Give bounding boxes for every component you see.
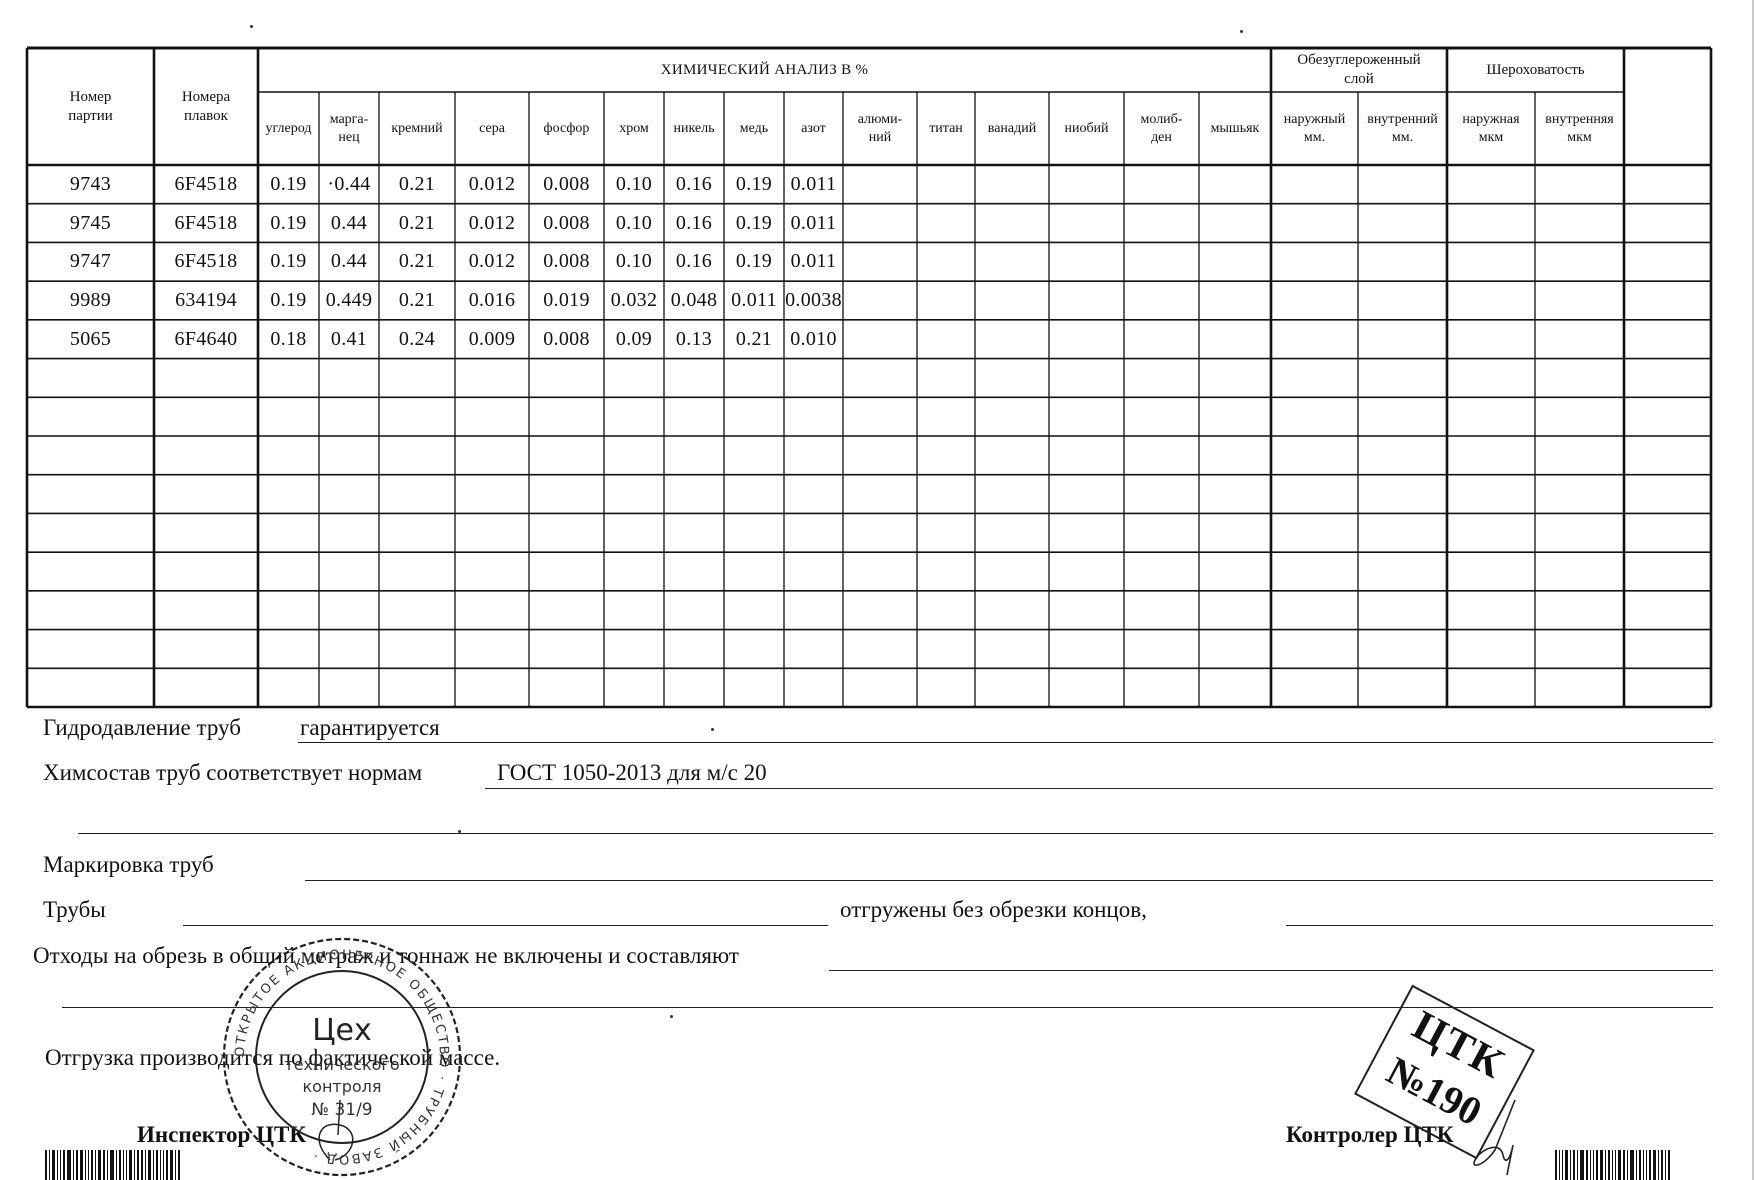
table-cell[interactable]	[1535, 165, 1624, 204]
table-cell[interactable]	[27, 359, 154, 398]
table-cell[interactable]	[529, 475, 604, 514]
table-cell[interactable]	[1447, 475, 1535, 514]
table-cell[interactable]	[604, 668, 664, 707]
table-cell[interactable]	[843, 668, 917, 707]
table-cell[interactable]	[664, 668, 724, 707]
table-cell[interactable]	[1358, 552, 1447, 591]
table-cell[interactable]	[379, 630, 455, 669]
table-cell[interactable]	[1358, 359, 1447, 398]
hydro-pressure-value[interactable]: гарантируется	[300, 715, 440, 741]
table-cell[interactable]	[1199, 668, 1271, 707]
table-cell[interactable]	[784, 359, 843, 398]
table-cell[interactable]	[154, 475, 258, 514]
table-cell[interactable]	[1624, 591, 1711, 630]
table-cell[interactable]: 0.0038	[784, 281, 843, 320]
table-cell[interactable]: 0.008	[529, 165, 604, 204]
table-cell[interactable]: 6F4518	[154, 204, 258, 243]
table-cell[interactable]	[319, 668, 379, 707]
table-cell[interactable]	[455, 668, 529, 707]
table-cell[interactable]	[258, 436, 319, 475]
table-cell[interactable]	[1271, 591, 1358, 630]
table-cell[interactable]	[604, 475, 664, 514]
table-cell[interactable]	[455, 475, 529, 514]
table-cell[interactable]: 0.16	[664, 204, 724, 243]
table-cell[interactable]: 9745	[27, 204, 154, 243]
table-cell[interactable]	[604, 513, 664, 552]
table-cell[interactable]	[319, 475, 379, 514]
table-cell[interactable]	[724, 397, 784, 436]
table-cell[interactable]	[154, 397, 258, 436]
table-cell[interactable]	[154, 513, 258, 552]
table-cell[interactable]: 0.011	[784, 242, 843, 281]
table-cell[interactable]: 0.41	[319, 320, 379, 359]
table-cell[interactable]	[319, 436, 379, 475]
table-cell[interactable]	[1049, 630, 1124, 669]
table-cell[interactable]	[604, 552, 664, 591]
table-cell[interactable]	[843, 513, 917, 552]
table-cell[interactable]	[917, 165, 975, 204]
table-cell[interactable]: 0.008	[529, 242, 604, 281]
table-cell[interactable]: 0.21	[379, 281, 455, 320]
table-cell[interactable]: 0.21	[724, 320, 784, 359]
table-cell[interactable]	[1535, 397, 1624, 436]
table-cell[interactable]	[724, 436, 784, 475]
table-cell[interactable]	[664, 630, 724, 669]
table-cell[interactable]	[1049, 320, 1124, 359]
table-cell[interactable]	[604, 591, 664, 630]
table-cell[interactable]	[784, 475, 843, 514]
table-cell[interactable]	[1624, 281, 1711, 320]
table-cell[interactable]	[1535, 359, 1624, 398]
table-cell[interactable]	[1535, 436, 1624, 475]
table-cell[interactable]	[1049, 165, 1124, 204]
table-cell[interactable]	[1049, 281, 1124, 320]
table-cell[interactable]	[1535, 475, 1624, 514]
table-cell[interactable]	[27, 591, 154, 630]
table-cell[interactable]	[1624, 630, 1711, 669]
table-cell[interactable]: 9743	[27, 165, 154, 204]
table-cell[interactable]: 6F4518	[154, 242, 258, 281]
table-cell[interactable]: 0.019	[529, 281, 604, 320]
table-cell[interactable]	[917, 513, 975, 552]
table-cell[interactable]	[784, 630, 843, 669]
table-cell[interactable]	[379, 397, 455, 436]
table-cell[interactable]: 0.011	[784, 204, 843, 243]
table-cell[interactable]: 9989	[27, 281, 154, 320]
table-cell[interactable]	[319, 591, 379, 630]
table-cell[interactable]	[1199, 204, 1271, 243]
table-cell[interactable]: 0.10	[604, 204, 664, 243]
table-cell[interactable]	[975, 204, 1049, 243]
table-cell[interactable]: 0.44	[319, 242, 379, 281]
table-cell[interactable]	[1199, 475, 1271, 514]
table-cell[interactable]	[1447, 591, 1535, 630]
table-cell[interactable]	[1624, 204, 1711, 243]
table-cell[interactable]	[1535, 204, 1624, 243]
table-cell[interactable]: 5065	[27, 320, 154, 359]
table-cell[interactable]	[664, 475, 724, 514]
table-cell[interactable]	[1271, 668, 1358, 707]
table-cell[interactable]	[917, 591, 975, 630]
table-cell[interactable]	[1124, 281, 1199, 320]
table-cell[interactable]	[917, 475, 975, 514]
table-cell[interactable]	[379, 668, 455, 707]
table-cell[interactable]	[1358, 668, 1447, 707]
table-cell[interactable]: 0.21	[379, 242, 455, 281]
table-cell[interactable]	[1358, 165, 1447, 204]
table-cell[interactable]: 0.008	[529, 204, 604, 243]
table-cell[interactable]	[1199, 552, 1271, 591]
table-cell[interactable]	[1535, 281, 1624, 320]
table-cell[interactable]	[1624, 436, 1711, 475]
table-cell[interactable]	[1358, 242, 1447, 281]
table-cell[interactable]	[154, 630, 258, 669]
table-cell[interactable]: 0.011	[724, 281, 784, 320]
table-cell[interactable]	[724, 552, 784, 591]
table-cell[interactable]	[843, 591, 917, 630]
table-cell[interactable]	[724, 591, 784, 630]
table-cell[interactable]	[27, 630, 154, 669]
table-cell[interactable]	[455, 630, 529, 669]
table-cell[interactable]	[1271, 320, 1358, 359]
table-cell[interactable]	[154, 591, 258, 630]
pipes-underline[interactable]	[183, 925, 828, 926]
table-cell[interactable]	[258, 552, 319, 591]
table-cell[interactable]	[784, 436, 843, 475]
table-cell[interactable]	[529, 513, 604, 552]
table-cell[interactable]	[843, 281, 917, 320]
table-cell[interactable]	[1049, 242, 1124, 281]
table-cell[interactable]	[1624, 668, 1711, 707]
table-cell[interactable]	[1199, 359, 1271, 398]
waste-underline[interactable]	[829, 970, 1713, 971]
table-cell[interactable]	[843, 436, 917, 475]
table-cell[interactable]	[843, 242, 917, 281]
table-cell[interactable]	[1124, 591, 1199, 630]
table-cell[interactable]	[455, 436, 529, 475]
table-cell[interactable]: 0.44	[319, 204, 379, 243]
table-cell[interactable]	[1358, 475, 1447, 514]
table-cell[interactable]	[455, 552, 529, 591]
table-cell[interactable]	[843, 320, 917, 359]
table-cell[interactable]	[27, 513, 154, 552]
table-cell[interactable]	[1271, 630, 1358, 669]
table-cell[interactable]	[154, 436, 258, 475]
table-cell[interactable]	[319, 397, 379, 436]
table-cell[interactable]	[975, 552, 1049, 591]
table-cell[interactable]: 9747	[27, 242, 154, 281]
table-cell[interactable]: 0.24	[379, 320, 455, 359]
table-cell[interactable]: 0.012	[455, 204, 529, 243]
table-cell[interactable]	[1535, 320, 1624, 359]
table-cell[interactable]	[664, 436, 724, 475]
table-cell[interactable]	[258, 397, 319, 436]
table-cell[interactable]	[258, 668, 319, 707]
table-cell[interactable]	[1199, 630, 1271, 669]
table-cell[interactable]	[1049, 436, 1124, 475]
table-cell[interactable]	[975, 513, 1049, 552]
table-cell[interactable]	[154, 668, 258, 707]
table-cell[interactable]	[1358, 630, 1447, 669]
table-cell[interactable]	[1124, 668, 1199, 707]
table-cell[interactable]	[1447, 552, 1535, 591]
table-cell[interactable]	[1124, 475, 1199, 514]
table-cell[interactable]	[843, 630, 917, 669]
table-cell[interactable]	[917, 359, 975, 398]
table-cell[interactable]	[1624, 513, 1711, 552]
table-cell[interactable]	[1271, 165, 1358, 204]
table-cell[interactable]	[1124, 397, 1199, 436]
table-cell[interactable]	[1624, 475, 1711, 514]
table-cell[interactable]	[258, 630, 319, 669]
table-cell[interactable]	[1447, 242, 1535, 281]
table-cell[interactable]	[1124, 204, 1199, 243]
table-cell[interactable]	[319, 552, 379, 591]
table-cell[interactable]	[1447, 513, 1535, 552]
table-cell[interactable]	[1199, 591, 1271, 630]
table-cell[interactable]	[664, 359, 724, 398]
table-cell[interactable]	[1447, 320, 1535, 359]
table-cell[interactable]: 0.10	[604, 165, 664, 204]
table-cell[interactable]	[1447, 204, 1535, 243]
table-cell[interactable]	[1358, 204, 1447, 243]
table-cell[interactable]	[917, 668, 975, 707]
table-cell[interactable]	[1271, 359, 1358, 398]
table-cell[interactable]	[843, 204, 917, 243]
table-cell[interactable]: 0.16	[664, 242, 724, 281]
table-cell[interactable]	[1124, 320, 1199, 359]
table-cell[interactable]	[1535, 513, 1624, 552]
table-cell[interactable]	[1624, 242, 1711, 281]
table-cell[interactable]	[724, 630, 784, 669]
pipes-suffix-underline[interactable]	[1286, 925, 1713, 926]
table-cell[interactable]	[917, 242, 975, 281]
table-cell[interactable]: 0.19	[724, 204, 784, 243]
table-cell[interactable]	[1049, 475, 1124, 514]
table-cell[interactable]	[664, 591, 724, 630]
table-cell[interactable]	[27, 436, 154, 475]
table-cell[interactable]: 0.19	[258, 281, 319, 320]
table-cell[interactable]	[319, 630, 379, 669]
table-cell[interactable]	[975, 436, 1049, 475]
table-cell[interactable]	[1199, 281, 1271, 320]
table-cell[interactable]	[1124, 242, 1199, 281]
table-cell[interactable]	[1124, 165, 1199, 204]
table-cell[interactable]: 0.012	[455, 242, 529, 281]
table-cell[interactable]: ·0.44	[319, 165, 379, 204]
table-cell[interactable]: 0.048	[664, 281, 724, 320]
table-cell[interactable]: 0.009	[455, 320, 529, 359]
table-cell[interactable]	[1447, 397, 1535, 436]
table-cell[interactable]	[917, 630, 975, 669]
table-cell[interactable]	[604, 630, 664, 669]
table-cell[interactable]	[1358, 320, 1447, 359]
table-cell[interactable]	[27, 668, 154, 707]
table-cell[interactable]	[258, 513, 319, 552]
table-cell[interactable]	[1049, 513, 1124, 552]
table-cell[interactable]: 0.19	[258, 204, 319, 243]
table-cell[interactable]	[1271, 204, 1358, 243]
table-cell[interactable]	[258, 591, 319, 630]
table-cell[interactable]	[1199, 513, 1271, 552]
table-cell[interactable]	[27, 397, 154, 436]
table-cell[interactable]	[917, 397, 975, 436]
table-cell[interactable]	[1358, 436, 1447, 475]
table-cell[interactable]: 0.19	[258, 165, 319, 204]
table-cell[interactable]	[1358, 513, 1447, 552]
table-cell[interactable]	[917, 552, 975, 591]
table-cell[interactable]	[1624, 359, 1711, 398]
table-cell[interactable]	[784, 397, 843, 436]
table-cell[interactable]	[1271, 436, 1358, 475]
table-cell[interactable]	[843, 475, 917, 514]
chem-composition-value[interactable]: ГОСТ 1050-2013 для м/с 20	[497, 760, 767, 786]
table-cell[interactable]	[975, 242, 1049, 281]
table-cell[interactable]	[529, 668, 604, 707]
marking-underline[interactable]	[305, 880, 1713, 881]
table-cell[interactable]: 0.449	[319, 281, 379, 320]
table-cell[interactable]	[319, 513, 379, 552]
table-cell[interactable]: 634194	[154, 281, 258, 320]
table-cell[interactable]	[975, 591, 1049, 630]
table-cell[interactable]	[379, 475, 455, 514]
table-cell[interactable]: 0.011	[784, 165, 843, 204]
table-cell[interactable]	[1535, 668, 1624, 707]
table-cell[interactable]	[1124, 552, 1199, 591]
table-cell[interactable]	[1447, 668, 1535, 707]
table-cell[interactable]	[604, 397, 664, 436]
table-cell[interactable]	[975, 668, 1049, 707]
table-cell[interactable]	[843, 359, 917, 398]
table-cell[interactable]	[1447, 436, 1535, 475]
table-cell[interactable]	[784, 668, 843, 707]
table-cell[interactable]	[784, 552, 843, 591]
table-cell[interactable]	[784, 591, 843, 630]
table-cell[interactable]	[1199, 436, 1271, 475]
table-cell[interactable]	[1049, 204, 1124, 243]
table-cell[interactable]	[917, 320, 975, 359]
table-cell[interactable]	[529, 630, 604, 669]
table-cell[interactable]	[1447, 630, 1535, 669]
table-cell[interactable]	[379, 513, 455, 552]
table-cell[interactable]	[975, 397, 1049, 436]
table-cell[interactable]	[1271, 552, 1358, 591]
table-cell[interactable]	[1535, 630, 1624, 669]
table-cell[interactable]: 0.19	[724, 242, 784, 281]
table-cell[interactable]	[1271, 513, 1358, 552]
table-cell[interactable]	[1447, 359, 1535, 398]
table-cell[interactable]	[455, 397, 529, 436]
table-cell[interactable]	[258, 359, 319, 398]
table-cell[interactable]	[1199, 165, 1271, 204]
table-cell[interactable]	[1199, 397, 1271, 436]
table-cell[interactable]	[843, 165, 917, 204]
table-cell[interactable]	[529, 397, 604, 436]
table-cell[interactable]	[917, 436, 975, 475]
table-cell[interactable]	[604, 359, 664, 398]
table-cell[interactable]	[724, 668, 784, 707]
table-cell[interactable]	[1624, 397, 1711, 436]
table-cell[interactable]	[724, 513, 784, 552]
table-cell[interactable]	[1199, 320, 1271, 359]
table-cell[interactable]: 0.16	[664, 165, 724, 204]
table-cell[interactable]	[664, 552, 724, 591]
table-cell[interactable]: 0.032	[604, 281, 664, 320]
table-cell[interactable]	[529, 436, 604, 475]
table-cell[interactable]: 0.008	[529, 320, 604, 359]
blank-underline-1[interactable]	[78, 833, 1713, 834]
table-cell[interactable]: 6F4518	[154, 165, 258, 204]
table-cell[interactable]	[1124, 359, 1199, 398]
blank-underline-2[interactable]	[62, 1007, 1713, 1008]
table-cell[interactable]	[455, 359, 529, 398]
table-cell[interactable]	[843, 552, 917, 591]
table-cell[interactable]	[1447, 165, 1535, 204]
table-cell[interactable]	[1624, 165, 1711, 204]
table-cell[interactable]	[975, 359, 1049, 398]
table-cell[interactable]: 0.012	[455, 165, 529, 204]
table-cell[interactable]	[1049, 668, 1124, 707]
table-cell[interactable]	[1624, 320, 1711, 359]
table-cell[interactable]	[1358, 397, 1447, 436]
table-cell[interactable]	[455, 591, 529, 630]
table-cell[interactable]	[1358, 591, 1447, 630]
table-cell[interactable]	[1271, 397, 1358, 436]
table-cell[interactable]: 0.13	[664, 320, 724, 359]
table-cell[interactable]	[1535, 242, 1624, 281]
table-cell[interactable]	[1271, 475, 1358, 514]
table-cell[interactable]	[724, 359, 784, 398]
table-cell[interactable]	[843, 397, 917, 436]
table-cell[interactable]	[27, 475, 154, 514]
table-cell[interactable]	[975, 281, 1049, 320]
table-cell[interactable]	[975, 475, 1049, 514]
table-cell[interactable]	[1535, 552, 1624, 591]
table-cell[interactable]	[529, 591, 604, 630]
table-cell[interactable]	[1199, 242, 1271, 281]
table-cell[interactable]	[917, 204, 975, 243]
table-cell[interactable]	[784, 513, 843, 552]
table-cell[interactable]: 0.19	[258, 242, 319, 281]
table-cell[interactable]: 0.016	[455, 281, 529, 320]
table-cell[interactable]	[379, 359, 455, 398]
table-cell[interactable]	[1049, 397, 1124, 436]
table-cell[interactable]: 0.21	[379, 165, 455, 204]
table-cell[interactable]	[1624, 552, 1711, 591]
table-cell[interactable]	[975, 630, 1049, 669]
table-cell[interactable]	[1124, 513, 1199, 552]
table-cell[interactable]: 0.18	[258, 320, 319, 359]
table-cell[interactable]	[917, 281, 975, 320]
table-cell[interactable]	[379, 591, 455, 630]
table-cell[interactable]	[1447, 281, 1535, 320]
table-cell[interactable]	[1535, 591, 1624, 630]
table-cell[interactable]	[1271, 242, 1358, 281]
table-cell[interactable]: 6F4640	[154, 320, 258, 359]
table-cell[interactable]	[1358, 281, 1447, 320]
table-cell[interactable]	[975, 320, 1049, 359]
table-cell[interactable]	[1049, 552, 1124, 591]
table-cell[interactable]	[258, 475, 319, 514]
table-cell[interactable]	[1049, 359, 1124, 398]
table-cell[interactable]: 0.19	[724, 165, 784, 204]
table-cell[interactable]: 0.09	[604, 320, 664, 359]
table-cell[interactable]: 0.10	[604, 242, 664, 281]
table-cell[interactable]	[724, 475, 784, 514]
table-cell[interactable]	[27, 552, 154, 591]
table-cell[interactable]	[455, 513, 529, 552]
table-cell[interactable]	[975, 165, 1049, 204]
